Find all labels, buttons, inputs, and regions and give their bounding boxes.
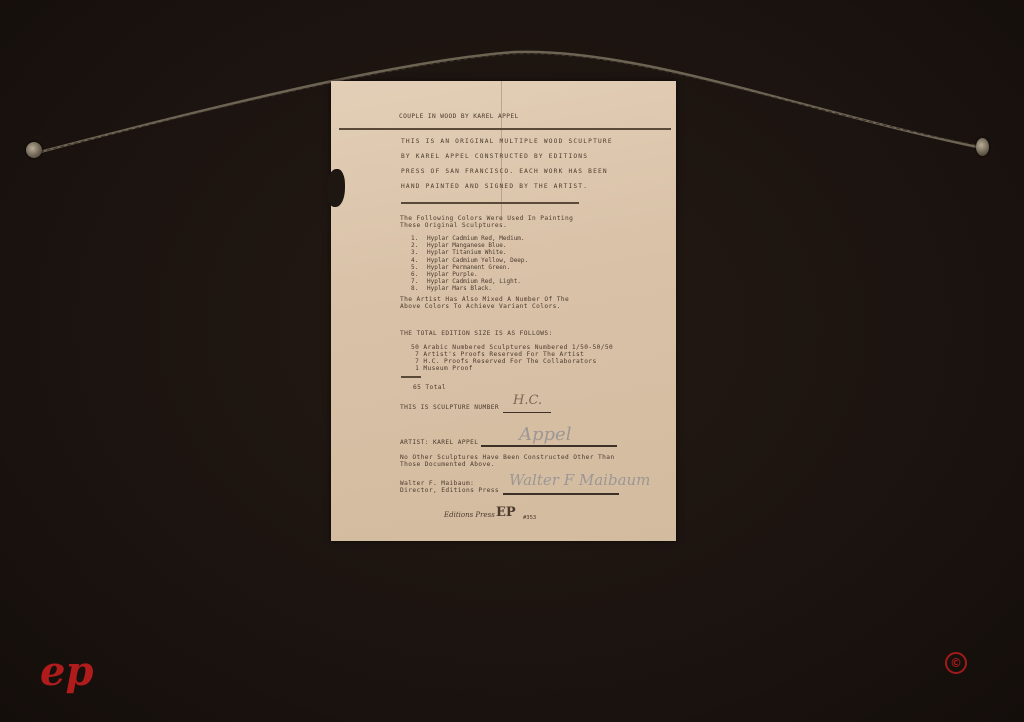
edition-item: 7 Artist's Proofs Reserved For The Artis… [411,351,584,358]
color-item: 5.Hyplar Permanent Green. [411,264,528,271]
copyright-icon: © [945,652,967,674]
certificate-title: COUPLE IN WOOD BY KAREL APPEL [399,112,519,121]
edition-heading: THE TOTAL EDITION SIZE IS AS FOLLOWS: [400,329,553,338]
mixed-note-2: Above Colors To Achieve Variant Colors. [400,302,561,311]
edition-item: 1 Museum Proof [411,365,473,372]
fold-crease [501,81,502,221]
colors-list: 1.Hyplar Cadmium Red, Medium. 2.Hyplar M… [411,235,528,293]
intro-rule [401,202,579,204]
colors-heading-2: These Original Sculptures. [400,221,507,230]
publisher-name: Editions Press [444,511,495,519]
director-signature-line [503,493,619,495]
intro-line-4: HAND PAINTED AND SIGNED BY THE ARTIST. [401,182,588,191]
edition-total: 65 Total [413,383,446,392]
color-item: 7.Hyplar Cadmium Red, Light. [411,278,528,285]
publisher-mark: EP [496,505,516,520]
right-screw-eye [976,138,989,156]
title-rule [339,128,671,130]
intro-line-2: BY KAREL APPEL CONSTRUCTED BY EDITIONS [401,152,588,161]
artist-signature: Appel [519,424,571,445]
wooden-panel-back: COUPLE IN WOOD BY KAREL APPEL THIS IS AN… [0,0,1024,722]
paper-stain [327,169,345,207]
sculpture-number-value: H.C. [513,393,542,408]
certificate-of-authenticity: COUPLE IN WOOD BY KAREL APPEL THIS IS AN… [331,81,676,541]
director-line-2: Director, Editions Press [400,486,499,495]
intro-line-3: PRESS OF SAN FRANCISCO. EACH WORK HAS BE… [401,167,608,176]
color-item: 1.Hyplar Cadmium Red, Medium. [411,235,528,242]
edition-item: 50 Arabic Numbered Sculptures Numbered 1… [411,344,613,351]
disclaimer-2: Those Documented Above. [400,460,495,469]
director-signature: Walter F Maibaum [509,471,650,489]
sculpture-number-line [503,412,551,413]
color-item: 4.Hyplar Cadmium Yellow, Deep. [411,257,528,264]
intro-line-1: THIS IS AN ORIGINAL MULTIPLE WOOD SCULPT… [401,137,613,146]
total-rule [401,376,421,378]
artist-label: ARTIST: KAREL APPEL [400,438,478,447]
left-screw-eye [26,142,42,158]
edition-item: 7 H.C. Proofs Reserved For The Collabora… [411,358,597,365]
color-item: 3.Hyplar Titanium White. [411,249,528,256]
sculpture-number-label: THIS IS SCULPTURE NUMBER [400,403,499,412]
ep-logo: ep [40,652,93,692]
artist-signature-line [481,445,617,447]
catalog-number: #353 [523,515,536,521]
color-item: 6.Hyplar Purple. [411,271,528,278]
color-item: 2.Hyplar Manganese Blue. [411,242,528,249]
color-item: 8.Hyplar Mars Black. [411,285,528,292]
